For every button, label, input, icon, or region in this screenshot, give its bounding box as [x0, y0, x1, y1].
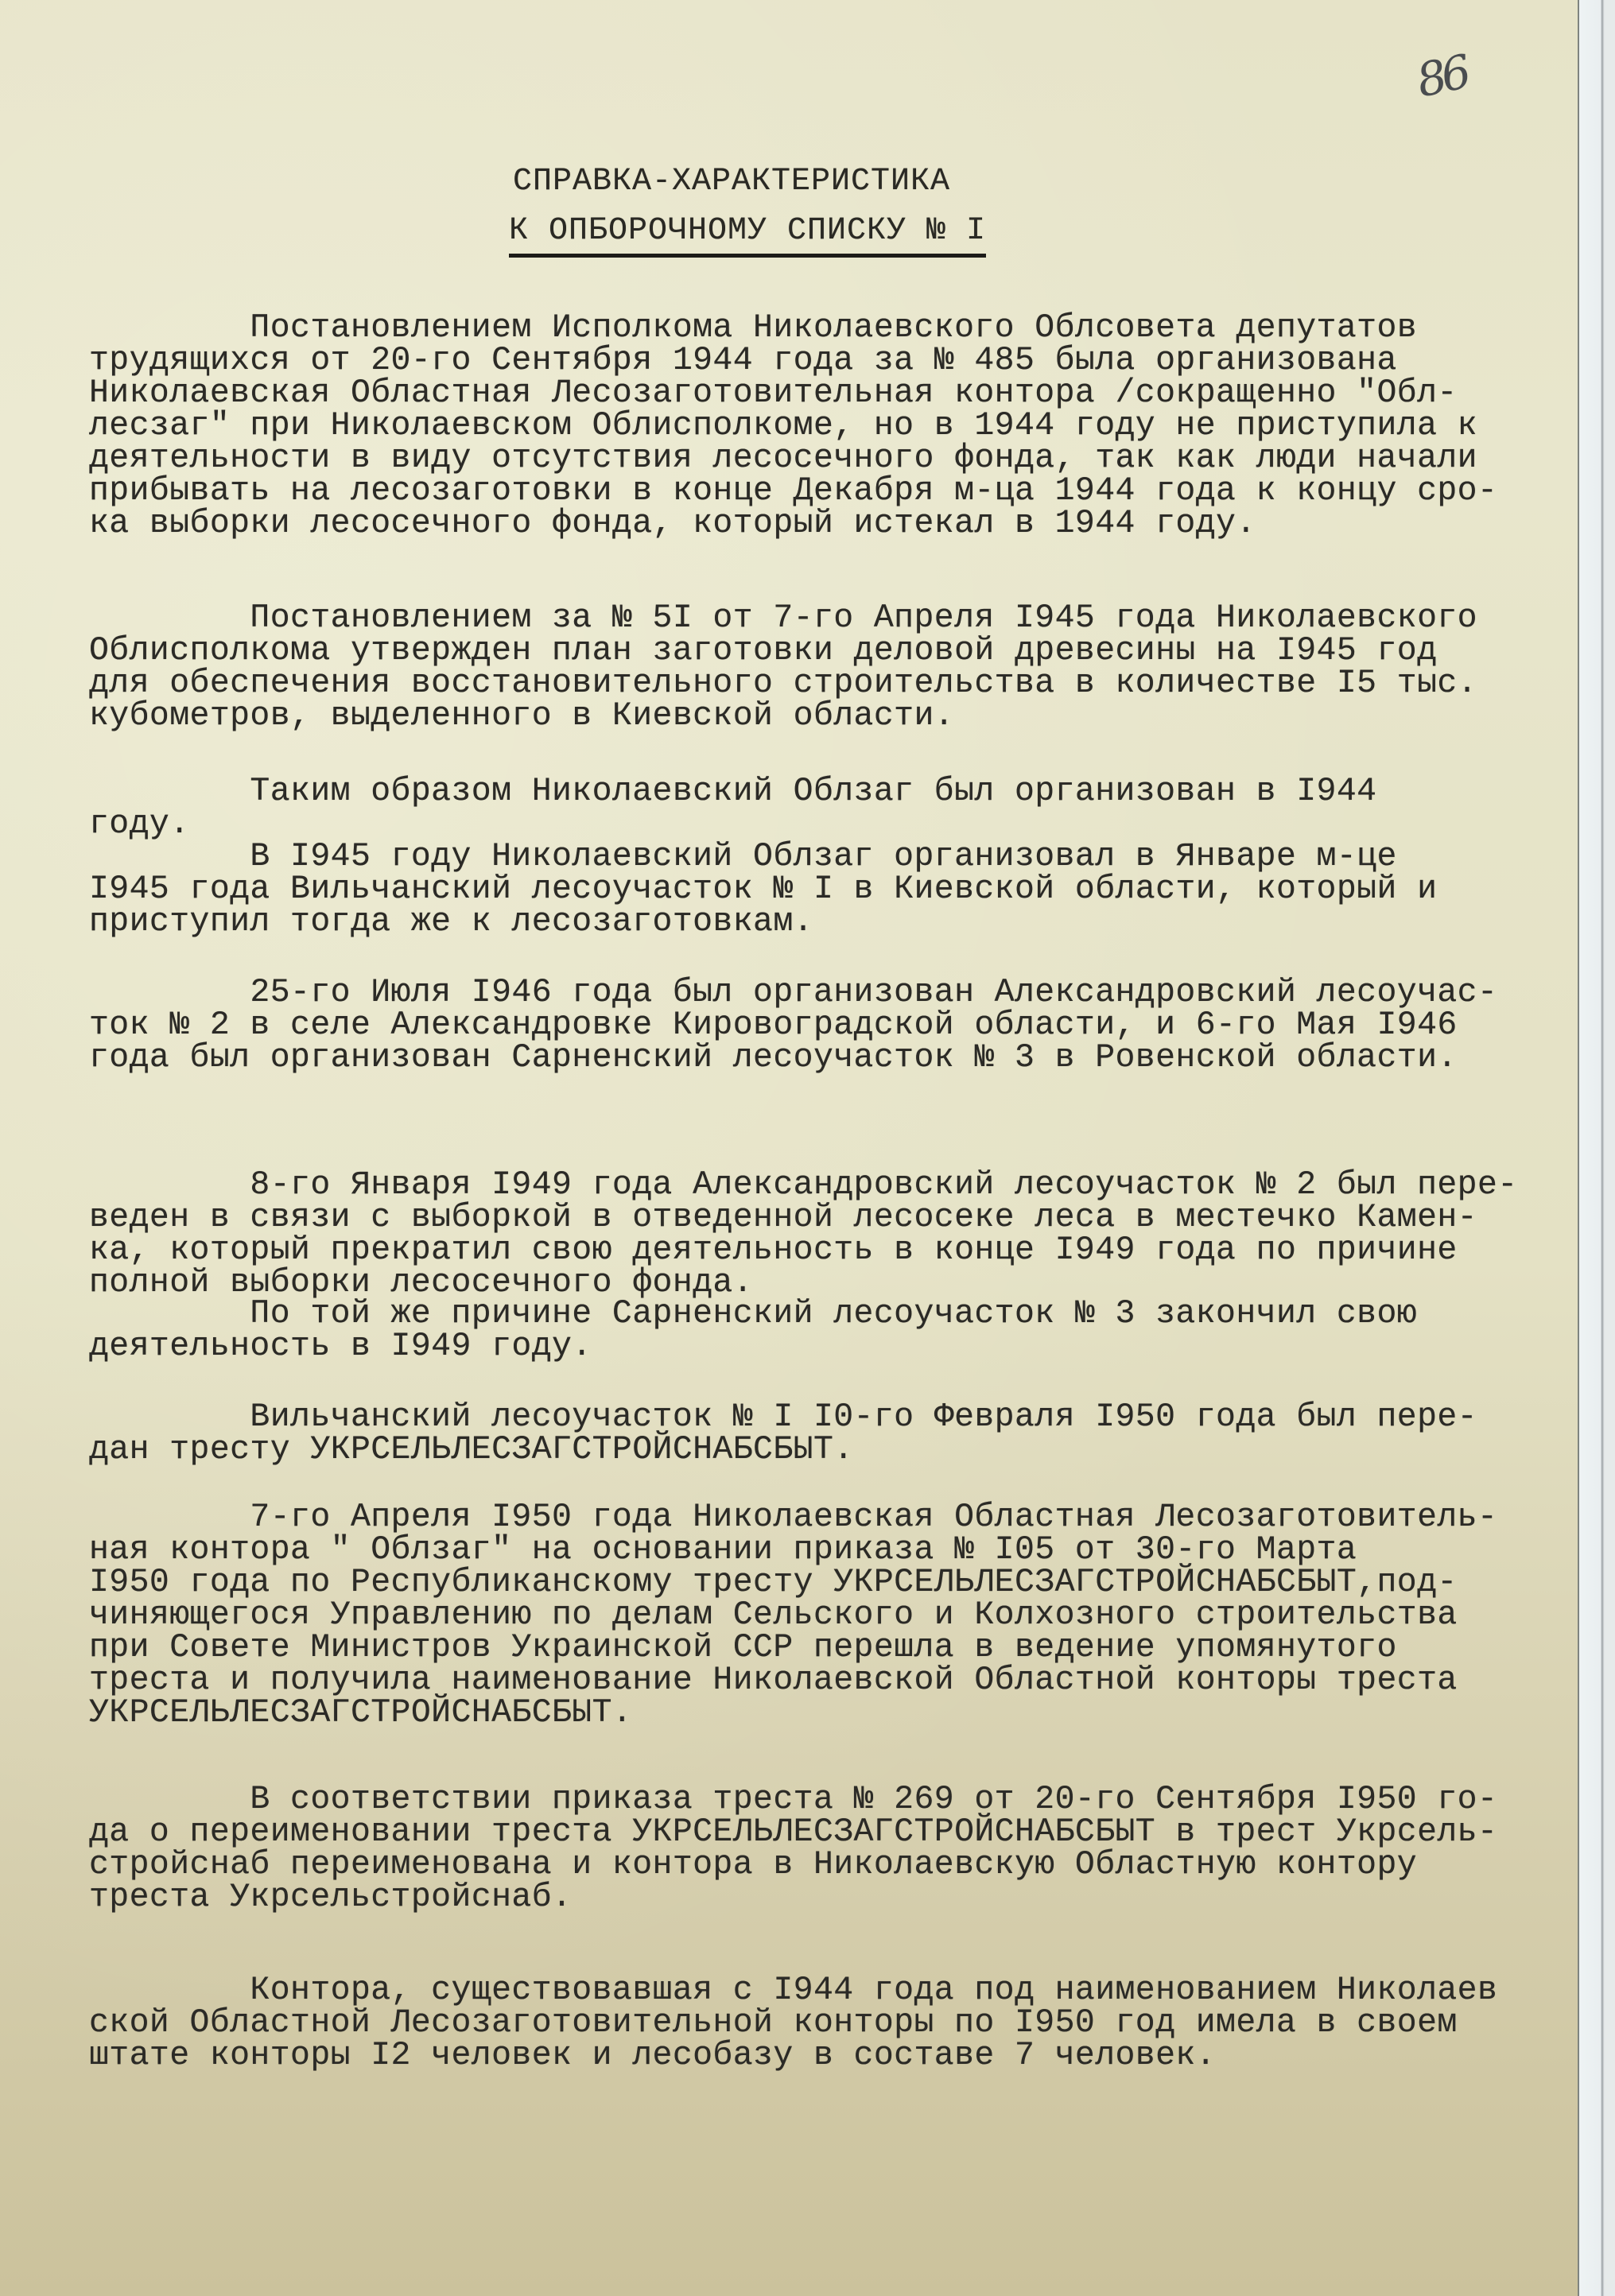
document-body: Постановлением Исполкома Николаевского О…: [89, 0, 169, 391]
paragraph-9: В соответствии приказа треста № 269 от 2…: [89, 1783, 1497, 1914]
paragraph-2: Постановлением за № 5I от 7-го Апреля I9…: [89, 602, 1477, 732]
document-subtitle: К ОПБОРОЧНОМУ СПИСКУ № I: [0, 213, 1537, 258]
text-line: деятельность в I949 году.: [89, 1330, 1417, 1363]
text-line: Контора, существовавшая с I944 года под …: [89, 1974, 1497, 2007]
text-line: 25-го Июля I946 года был организован Але…: [89, 976, 1497, 1009]
paragraph-7: Вильчанский лесоучасток № I I0-го Феврал…: [89, 1401, 1477, 1466]
text-line: для обеспечения восстановительного строи…: [89, 667, 1477, 700]
text-line: штате конторы I2 человек и лесобазу в со…: [89, 2039, 1497, 2072]
paragraph-10: Контора, существовавшая с I944 года под …: [89, 1974, 1497, 2072]
text-line: года был организован Сарненский лесоучас…: [89, 1041, 1497, 1074]
paragraph-4: 25-го Июля I946 года был организован Але…: [89, 976, 1497, 1074]
text-line: Облисполкома утвержден план заготовки де…: [89, 634, 1477, 667]
text-line: Вильчанский лесоучасток № I I0-го Феврал…: [89, 1401, 1477, 1433]
text-line: ка, который прекратил свою деятельность …: [89, 1234, 1518, 1266]
paragraph-8: 7-го Апреля I950 года Николаевская Облас…: [89, 1501, 1497, 1729]
text-line: веден в связи с выборкой в отведенной ле…: [89, 1201, 1518, 1234]
text-line: I950 года по Республиканскому тресту УКР…: [89, 1566, 1497, 1599]
text-line: Постановлением Исполкома Николаевского О…: [89, 312, 1497, 344]
text-line: В I945 году Николаевский Облзаг организо…: [89, 840, 1437, 873]
text-line: По той же причине Сарненский лесоучасток…: [89, 1297, 1417, 1330]
text-line: треста Укрсельстройснаб.: [89, 1881, 1497, 1914]
text-line: приступил тогда же к лесозаготовкам.: [89, 906, 1437, 938]
paragraph-1: Постановлением Исполкома Николаевского О…: [89, 312, 1497, 540]
text-line: В соответствии приказа треста № 269 от 2…: [89, 1783, 1497, 1816]
text-line: треста и получила наименование Николаевс…: [89, 1664, 1497, 1697]
paragraph-5: 8-го Января I949 года Александровский ле…: [89, 1169, 1518, 1299]
text-line: да о переименовании треста УКРСЕЛЬЛЕСЗАГ…: [89, 1816, 1497, 1848]
text-line: 8-го Января I949 года Александровский ле…: [89, 1169, 1518, 1201]
text-line: ная контора " Облзаг" на основании прика…: [89, 1534, 1497, 1566]
document-title: СПРАВКА-ХАРАКТЕРИСТИКА: [0, 164, 1521, 200]
text-line: I945 года Вильчанский лесоучасток № I в …: [89, 873, 1437, 906]
text-line: полной выборки лесосечного фонда.: [89, 1266, 1518, 1299]
text-line: ток № 2 в селе Александровке Кировоградс…: [89, 1009, 1497, 1041]
text-line: чиняющегося Управлению по делам Сельског…: [89, 1599, 1497, 1631]
text-line: дан тресту УКРСЕЛЬЛЕСЗАГСТРОЙСНАБСБЫТ.: [89, 1433, 1477, 1466]
document-page: 86 СПРАВКА-ХАРАКТЕРИСТИКА К ОПБОРОЧНОМУ …: [0, 0, 1579, 2296]
text-line: при Совете Министров Украинской ССР пере…: [89, 1631, 1497, 1664]
text-line: кубометров, выделенного в Киевской облас…: [89, 700, 1477, 732]
paragraph-3: Таким образом Николаевский Облзаг был ор…: [89, 775, 1437, 938]
text-line: прибывать на лесозаготовки в конце Декаб…: [89, 475, 1497, 507]
text-line: трудящихся от 20-го Сентября 1944 года з…: [89, 344, 1497, 377]
document-subtitle-text: К ОПБОРОЧНОМУ СПИСКУ № I: [509, 213, 986, 258]
text-line: ской Областной Лесозаготовительной конто…: [89, 2007, 1497, 2039]
text-line: году.: [89, 808, 1437, 840]
text-line: ка выборки лесосечного фонда, который ис…: [89, 507, 1497, 540]
text-line: Николаевская Областная Лесозаготовительн…: [89, 377, 1497, 409]
handwritten-page-number: 86: [1412, 45, 1472, 107]
scanner-background-edge: [1579, 0, 1615, 2296]
text-line: УКРСЕЛЬЛЕСЗАГСТРОЙСНАБСБЫТ.: [89, 1697, 1497, 1729]
paragraph-6: По той же причине Сарненский лесоучасток…: [89, 1297, 1417, 1363]
text-line: стройснаб переименована и контора в Нико…: [89, 1848, 1497, 1881]
text-line: лесзаг" при Николаевском Облисполкоме, н…: [89, 409, 1497, 442]
text-line: Постановлением за № 5I от 7-го Апреля I9…: [89, 602, 1477, 634]
text-line: Таким образом Николаевский Облзаг был ор…: [89, 775, 1437, 808]
text-line: 7-го Апреля I950 года Николаевская Облас…: [89, 1501, 1497, 1534]
text-line: деятельности в виду отсутствия лесосечно…: [89, 442, 1497, 475]
